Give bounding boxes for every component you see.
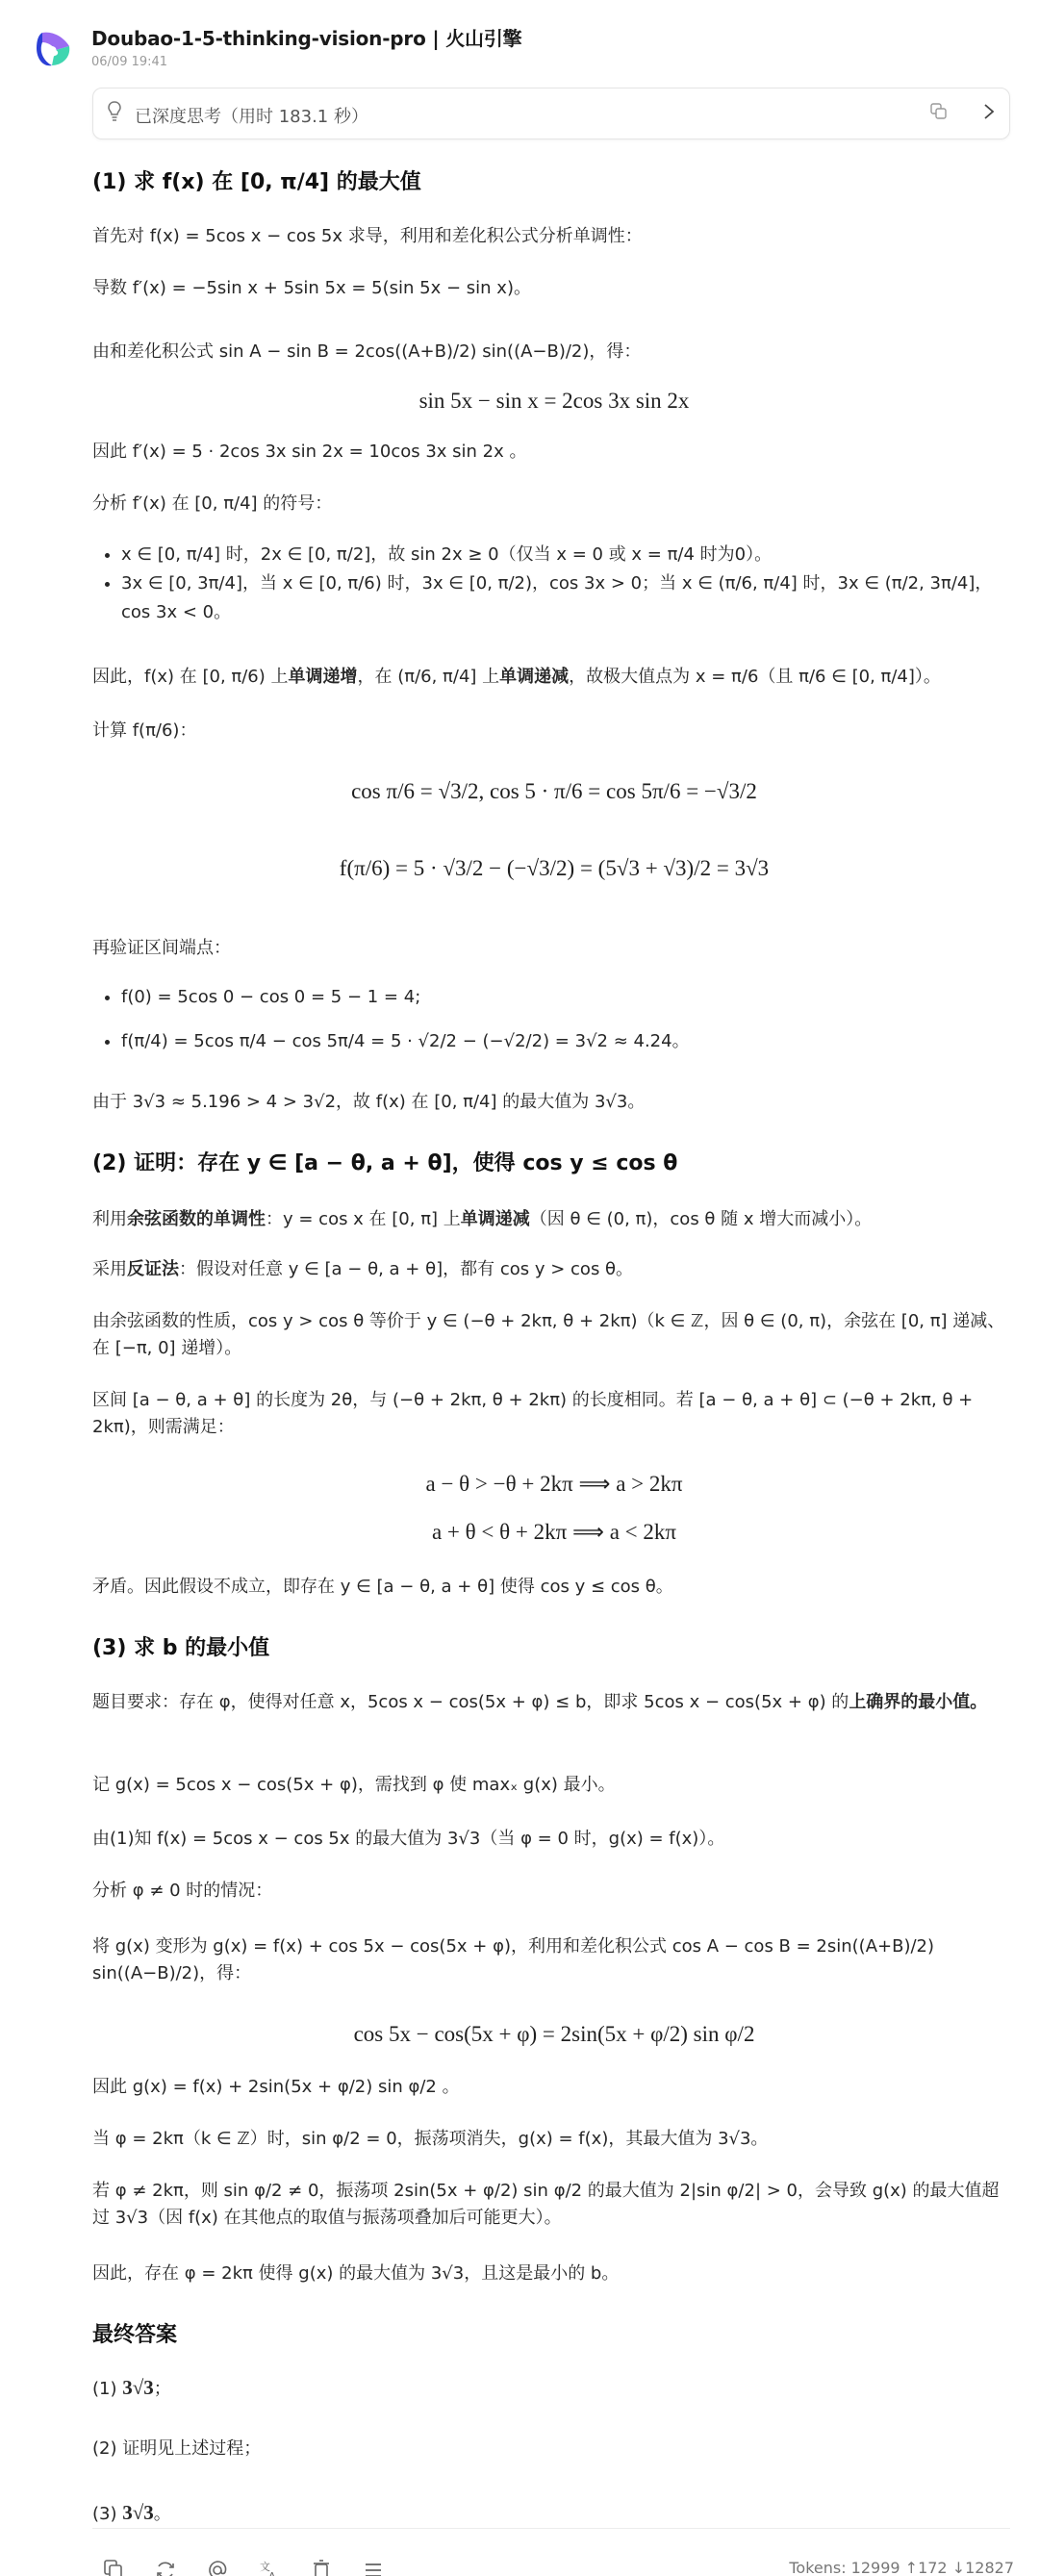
- part3-define-g: 记 g(x) = 5cos x − cos(5x + φ)，需找到 φ 使 ma…: [92, 1772, 1016, 1799]
- final-answer-2: (2) 证明见上述过程；: [92, 2436, 1016, 2462]
- lightbulb-icon: [108, 100, 121, 123]
- delete-icon[interactable]: [310, 2559, 333, 2576]
- equation-sin-diff: sin 5x − sin x = 2cos 3x sin 2x: [92, 389, 1016, 414]
- part3-g-form: 因此 g(x) = f(x) + 2sin(5x + φ/2) sin φ/2 …: [92, 2074, 1016, 2101]
- equation-ineq2: a + θ < θ + 2kπ ⟹ a < 2kπ: [92, 1520, 1016, 1545]
- svg-text:A: A: [268, 2570, 276, 2576]
- part1-heading: (1) 求 f(x) 在 [0, π/4] 的最大值: [92, 165, 1016, 195]
- part3-from-part1: 由(1)知 f(x) = 5cos x − cos 5x 的最大值为 3√3（当…: [92, 1826, 1016, 1853]
- part2-contradiction: 采用反证法：假设对任意 y ∈ [a − θ, a + θ]，都有 cos y …: [92, 1256, 1016, 1283]
- thinking-label: 已深度思考（用时 183.1 秒）: [135, 103, 368, 128]
- list-item: x ∈ [0, π/4] 时，2x ∈ [0, π/2]，故 sin 2x ≥ …: [121, 541, 1016, 569]
- sign-analysis-label: 分析 f′(x) 在 [0, π/4] 的符号：: [92, 491, 1016, 518]
- endpoint-label: 再验证区间端点：: [92, 935, 1016, 962]
- final-heading: 最终答案: [92, 2318, 1016, 2348]
- part3-requirement: 题目要求：存在 φ，使得对任意 x，5cos x − cos(5x + φ) ≤…: [92, 1689, 1016, 1716]
- derivative-simplified: 因此 f′(x) = 5 · 2cos 3x sin 2x = 10cos 3x…: [92, 439, 1016, 466]
- equation-cos-diff: cos 5x − cos(5x + φ) = 2sin(5x + φ/2) si…: [92, 2022, 1016, 2047]
- list-item: f(π/4) = 5cos π/4 − cos 5π/4 = 5 · √2/2 …: [121, 1027, 1016, 1056]
- copy-icon[interactable]: [102, 2559, 125, 2576]
- menu-icon[interactable]: [362, 2559, 385, 2576]
- endpoint-bullets: f(0) = 5cos 0 − cos 0 = 5 − 1 = 4; f(π/4…: [92, 983, 1016, 1056]
- translate-icon[interactable]: 文 A: [258, 2559, 281, 2576]
- part3-phi-nonzero: 分析 φ ≠ 0 时的情况：: [92, 1878, 1016, 1905]
- chevron-right-icon[interactable]: [981, 102, 997, 121]
- part3-conclusion: 因此，存在 φ = 2kπ 使得 g(x) 的最大值为 3√3，且这是最小的 b…: [92, 2260, 1016, 2287]
- footer-divider: [92, 2528, 1010, 2529]
- part3-transform: 将 g(x) 变形为 g(x) = f(x) + cos 5x − cos(5x…: [92, 1933, 1016, 1987]
- final-answer-1: (1) 3√3；: [92, 2374, 1016, 2403]
- mention-icon[interactable]: [206, 2559, 229, 2576]
- part1-intro: 首先对 f(x) = 5cos x − cos 5x 求导，利用和差化积公式分析…: [92, 223, 1016, 250]
- model-title: Doubao-1-5-thinking-vision-pro | 火山引擎: [91, 23, 521, 51]
- monotonic-conclusion: 因此，f(x) 在 [0, π/6) 上单调递增，在 (π/6, π/4] 上单…: [92, 664, 1016, 691]
- part1-conclusion: 由于 3√3 ≈ 5.196 > 4 > 3√2，故 f(x) 在 [0, π/…: [92, 1089, 1016, 1116]
- equation-f-pi6: f(π/6) = 5 · √3/2 − (−√3/2) = (5√3 + √3)…: [92, 856, 1016, 881]
- part3-phi-not-2kpi: 若 φ ≠ 2kπ，则 sin φ/2 ≠ 0，振荡项 2sin(5x + φ/…: [92, 2178, 1016, 2232]
- sign-bullets: x ∈ [0, π/4] 时，2x ∈ [0, π/2]，故 sin 2x ≥ …: [92, 541, 1016, 627]
- compute-label: 计算 f(π/6)：: [92, 718, 1016, 745]
- part2-interval: 区间 [a − θ, a + θ] 的长度为 2θ，与 (−θ + 2kπ, θ…: [92, 1387, 1016, 1441]
- final-answer-3: (3) 3√3。: [92, 2499, 1016, 2528]
- list-item: 3x ∈ [0, 3π/4]，当 x ∈ [0, π/6) 时，3x ∈ [0,…: [121, 569, 1016, 627]
- token-count: Tokens: 12999 ↑172 ↓12827: [789, 2559, 1014, 2576]
- part2-conclusion: 矛盾。因此假设不成立，即存在 y ∈ [a − θ, a + θ] 使得 cos…: [92, 1574, 1016, 1601]
- doubao-logo-avatar: [35, 29, 73, 69]
- copy-icon[interactable]: [929, 102, 949, 121]
- equation-cos-values: cos π/6 = √3/2, cos 5 · π/6 = cos 5π/6 =…: [92, 779, 1016, 804]
- sum-to-product-line: 由和差化积公式 sin A − sin B = 2cos((A+B)/2) si…: [92, 339, 1016, 366]
- regenerate-icon[interactable]: [154, 2559, 177, 2576]
- part3-phi-2kpi: 当 φ = 2kπ（k ∈ ℤ）时，sin φ/2 = 0，振荡项消失，g(x)…: [92, 2126, 1016, 2153]
- list-item: f(0) = 5cos 0 − cos 0 = 5 − 1 = 4;: [121, 983, 1016, 1012]
- part2-monotonic: 利用余弦函数的单调性：y = cos x 在 [0, π] 上单调递减（因 θ …: [92, 1206, 1016, 1233]
- part2-property: 由余弦函数的性质，cos y > cos θ 等价于 y ∈ (−θ + 2kπ…: [92, 1308, 1016, 1362]
- part2-heading: (2) 证明：存在 y ∈ [a − θ, a + θ]，使得 cos y ≤ …: [92, 1147, 1016, 1176]
- equation-ineq1: a − θ > −θ + 2kπ ⟹ a > 2kπ: [92, 1472, 1016, 1497]
- derivative-line: 导数 f′(x) = −5sin x + 5sin 5x = 5(sin 5x …: [92, 275, 1016, 302]
- part3-heading: (3) 求 b 的最小值: [92, 1631, 1016, 1661]
- message-timestamp: 06/09 19:41: [91, 55, 167, 69]
